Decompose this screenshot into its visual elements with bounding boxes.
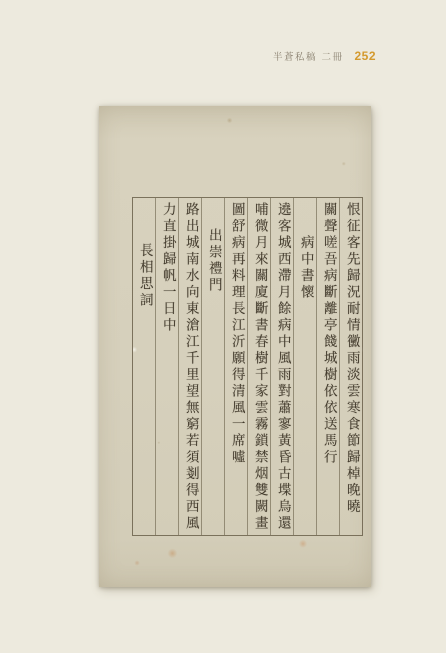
column-text: 長相思詞 (137, 198, 151, 535)
book-title: 半蒼私稿 二冊 (273, 49, 344, 63)
manuscript-column: 關聲嗟吾病斷離亭餞城樹依依送馬行 (316, 198, 339, 535)
manuscript-column: 力直掛歸帆一日中 (155, 198, 178, 535)
manuscript-column-title: 長相思詞 (133, 198, 155, 535)
manuscript-column: 圖舒病再料理長江沂願得清風一席噓 (224, 198, 247, 535)
ruled-text-block: 恨征客先歸況耐情黴雨淡雲寒食節歸棹晚曉 關聲嗟吾病斷離亭餞城樹依依送馬行 病中書… (132, 197, 363, 536)
column-text: 力直掛歸帆一日中 (160, 198, 174, 535)
column-text: 關聲嗟吾病斷離亭餞城樹依依送馬行 (321, 198, 335, 535)
manuscript-column-title: 出崇禮門 (201, 198, 224, 535)
manuscript-column: 哺微月來關廈斷書春樹千家雲霧鎖禁烟雙闕畫 (247, 198, 270, 535)
column-text: 路出城南水向東滄江千里望無窮若須剗得西風 (183, 198, 197, 535)
column-text: 出崇禮門 (206, 198, 220, 535)
column-text: 哺微月來關廈斷書春樹千家雲霧鎖禁烟雙闕畫 (252, 198, 266, 535)
column-text: 恨征客先歸況耐情黴雨淡雲寒食節歸棹晚曉 (344, 198, 358, 535)
column-text: 病中書懷 (298, 198, 312, 535)
manuscript-column-title: 病中書懷 (293, 198, 316, 535)
scanned-book-page: { "header": { "title": "半蒼私稿 二冊", "page_… (0, 0, 446, 653)
column-text: 遶客城西滯月餘病中風雨對蕭寥黃昏古堞烏還 (275, 198, 289, 535)
manuscript-page: 恨征客先歸況耐情黴雨淡雲寒食節歸棹晚曉 關聲嗟吾病斷離亭餞城樹依依送馬行 病中書… (99, 106, 371, 587)
manuscript-column: 路出城南水向東滄江千里望無窮若須剗得西風 (178, 198, 201, 535)
manuscript-column: 遶客城西滯月餘病中風雨對蕭寥黃昏古堞烏還 (270, 198, 293, 535)
manuscript-column: 恨征客先歸況耐情黴雨淡雲寒食節歸棹晚曉 (339, 198, 362, 535)
page-number: 252 (354, 49, 376, 63)
running-header: 半蒼私稿 二冊 252 (273, 49, 376, 63)
column-text: 圖舒病再料理長江沂願得清風一席噓 (229, 198, 243, 535)
